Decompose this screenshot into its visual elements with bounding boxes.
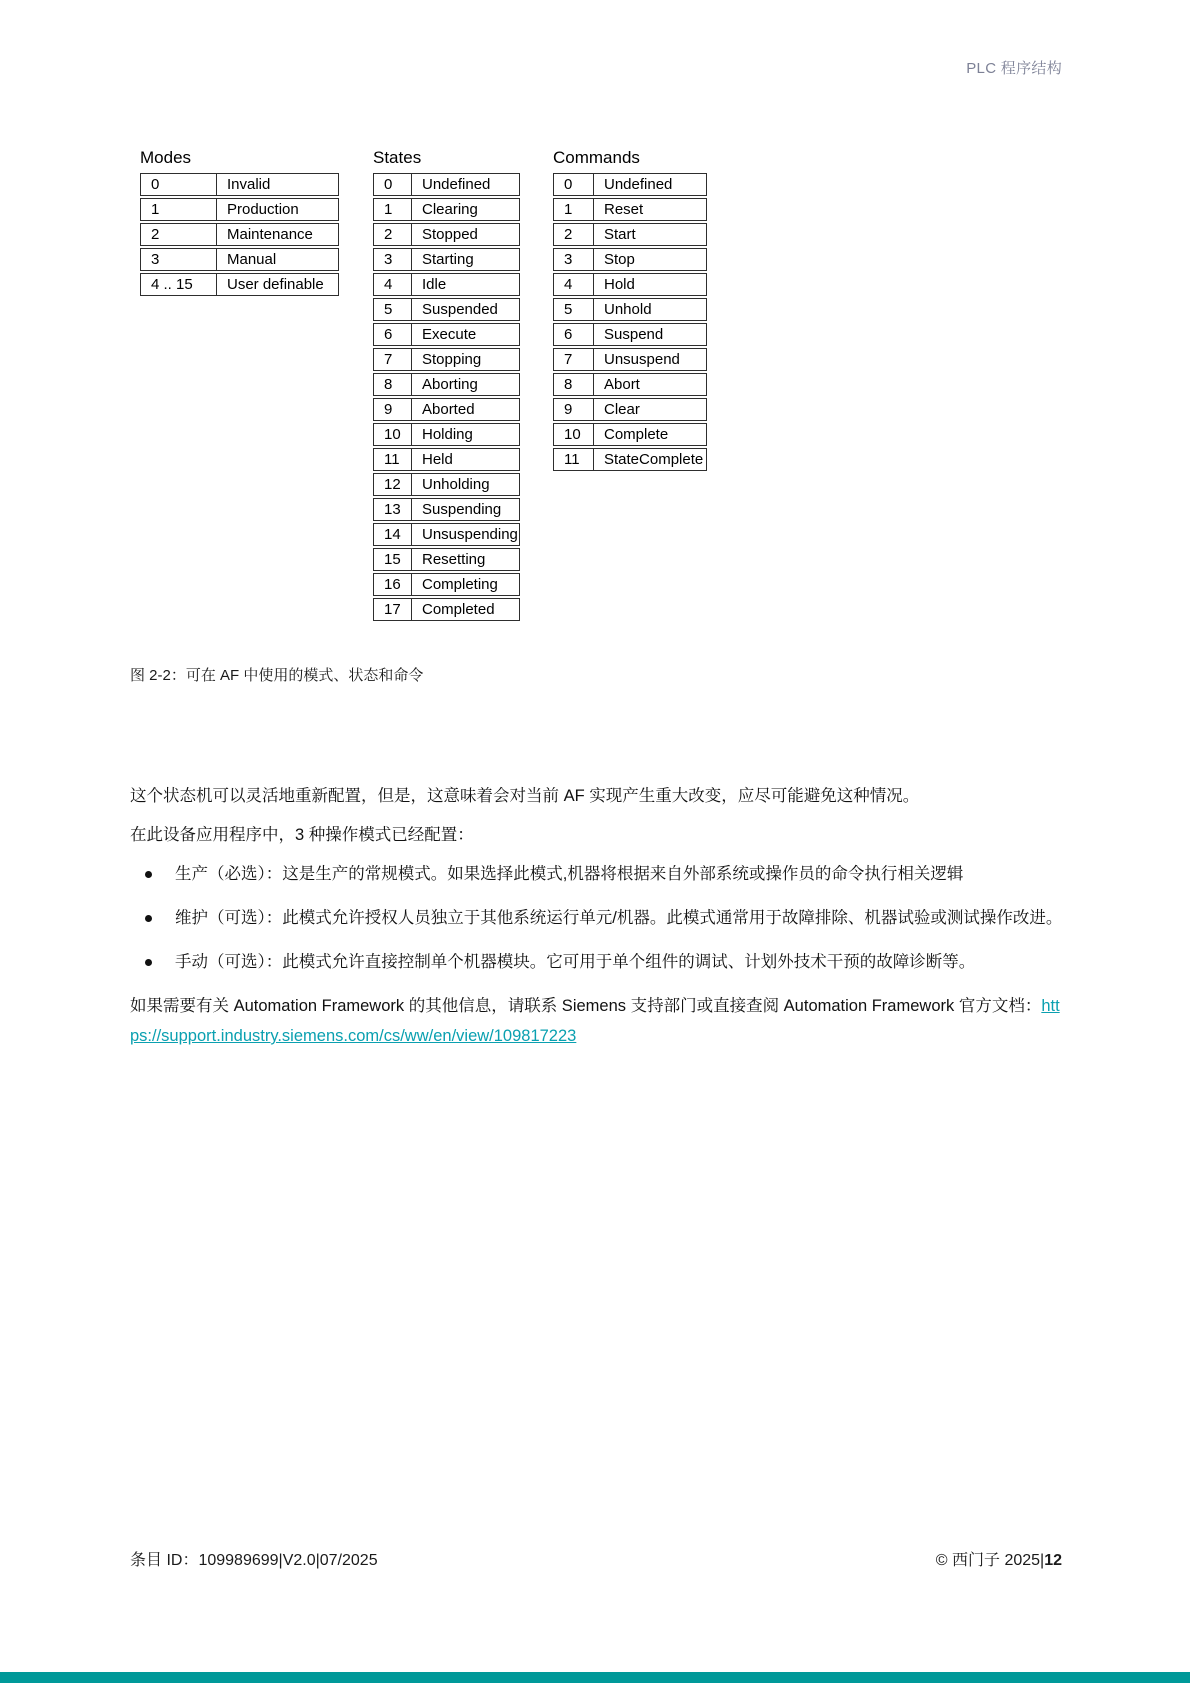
table-row: 2Maintenance (140, 223, 339, 246)
table-cell-label: Maintenance (217, 224, 338, 245)
table-cell-number: 10 (554, 424, 594, 445)
bullet-icon (145, 915, 152, 922)
table-cell-label: Manual (217, 249, 338, 270)
table-row: 2Stopped (373, 223, 520, 246)
table-cell-label: Clearing (412, 199, 519, 220)
list-item: 生产（必选）：这是生产的常规模式。如果选择此模式,机器将根据来自外部系统或操作员… (130, 859, 1065, 889)
table-cell-label: Clear (594, 399, 706, 420)
modes-table-group: Modes 0Invalid1Production2Maintenance3Ma… (140, 148, 339, 298)
table-row: 5Unhold (553, 298, 707, 321)
paragraph-modes-intro: 在此设备应用程序中，3 种操作模式已经配置： (130, 820, 1065, 850)
table-cell-number: 3 (554, 249, 594, 270)
table-cell-number: 3 (374, 249, 412, 270)
table-cell-number: 15 (374, 549, 412, 570)
table-cell-number: 1 (554, 199, 594, 220)
table-row: 0Undefined (553, 173, 707, 196)
commands-table: 0Undefined1Reset2Start3Stop4Hold5Unhold6… (553, 173, 707, 471)
table-row: 3Manual (140, 248, 339, 271)
table-row: 10Holding (373, 423, 520, 446)
table-cell-number: 7 (374, 349, 412, 370)
table-cell-number: 0 (141, 174, 217, 195)
table-cell-label: Production (217, 199, 338, 220)
table-row: 11Held (373, 448, 520, 471)
table-row: 4Idle (373, 273, 520, 296)
table-cell-label: Idle (412, 274, 519, 295)
modes-table: 0Invalid1Production2Maintenance3Manual4 … (140, 173, 339, 296)
table-cell-label: Holding (412, 424, 519, 445)
table-row: 15Resetting (373, 548, 520, 571)
table-cell-number: 12 (374, 474, 412, 495)
table-cell-number: 4 .. 15 (141, 274, 217, 295)
bullet-icon (145, 871, 152, 878)
table-cell-number: 0 (374, 174, 412, 195)
table-row: 14Unsuspending (373, 523, 520, 546)
table-row: 11StateComplete (553, 448, 707, 471)
table-cell-number: 10 (374, 424, 412, 445)
table-cell-label: Suspended (412, 299, 519, 320)
table-cell-label: User definable (217, 274, 338, 295)
table-cell-number: 6 (554, 324, 594, 345)
table-cell-label: Execute (412, 324, 519, 345)
table-cell-number: 16 (374, 574, 412, 595)
table-row: 3Stop (553, 248, 707, 271)
table-cell-label: Suspending (412, 499, 519, 520)
operation-modes-list: 生产（必选）：这是生产的常规模式。如果选择此模式,机器将根据来自外部系统或操作员… (130, 859, 1065, 977)
body-text: 这个状态机可以灵活地重新配置，但是，这意味着会对当前 AF 实现产生重大改变，应… (130, 781, 1065, 1060)
table-cell-number: 14 (374, 524, 412, 545)
states-table: 0Undefined1Clearing2Stopped3Starting4Idl… (373, 173, 520, 621)
table-row: 0Invalid (140, 173, 339, 196)
table-cell-label: StateComplete (594, 449, 706, 470)
table-cell-number: 11 (554, 449, 594, 470)
table-cell-number: 4 (554, 274, 594, 295)
table-cell-number: 2 (554, 224, 594, 245)
table-row: 4 .. 15User definable (140, 273, 339, 296)
table-cell-label: Unholding (412, 474, 519, 495)
table-cell-label: Hold (594, 274, 706, 295)
commands-table-title: Commands (553, 148, 707, 168)
table-row: 7Stopping (373, 348, 520, 371)
table-cell-number: 9 (554, 399, 594, 420)
table-row: 1Reset (553, 198, 707, 221)
table-cell-number: 11 (374, 449, 412, 470)
table-row: 5Suspended (373, 298, 520, 321)
table-cell-number: 4 (374, 274, 412, 295)
table-row: 6Execute (373, 323, 520, 346)
bottom-accent-bar (0, 1672, 1190, 1683)
table-cell-label: Aborted (412, 399, 519, 420)
table-row: 3Starting (373, 248, 520, 271)
table-cell-label: Stop (594, 249, 706, 270)
table-cell-number: 8 (554, 374, 594, 395)
table-cell-number: 13 (374, 499, 412, 520)
table-cell-label: Unhold (594, 299, 706, 320)
table-row: 13Suspending (373, 498, 520, 521)
table-row: 1Production (140, 198, 339, 221)
list-item: 维护（可选）：此模式允许授权人员独立于其他系统运行单元/机器。此模式通常用于故障… (130, 903, 1065, 933)
table-cell-number: 2 (141, 224, 217, 245)
table-row: 2Start (553, 223, 707, 246)
document-page: PLC 程序结构 Modes 0Invalid1Production2Maint… (0, 0, 1190, 1683)
states-table-title: States (373, 148, 520, 168)
table-cell-label: Invalid (217, 174, 338, 195)
table-row: 17Completed (373, 598, 520, 621)
table-cell-label: Undefined (412, 174, 519, 195)
footer-entry-id: 条目 ID：109989699|V2.0|07/2025 (130, 1547, 378, 1570)
table-row: 9Clear (553, 398, 707, 421)
paragraph-state-machine: 这个状态机可以灵活地重新配置，但是，这意味着会对当前 AF 实现产生重大改变，应… (130, 781, 1065, 811)
table-row: 12Unholding (373, 473, 520, 496)
table-cell-label: Starting (412, 249, 519, 270)
list-item-text: 维护（可选）：此模式允许授权人员独立于其他系统运行单元/机器。此模式通常用于故障… (175, 909, 1062, 927)
states-table-group: States 0Undefined1Clearing2Stopped3Start… (373, 148, 520, 623)
table-cell-label: Aborting (412, 374, 519, 395)
table-cell-label: Completing (412, 574, 519, 595)
table-cell-number: 9 (374, 399, 412, 420)
table-cell-label: Reset (594, 199, 706, 220)
table-cell-number: 2 (374, 224, 412, 245)
table-cell-label: Held (412, 449, 519, 470)
table-cell-label: Unsuspending (412, 524, 519, 545)
table-row: 4Hold (553, 273, 707, 296)
table-row: 7Unsuspend (553, 348, 707, 371)
table-cell-label: Complete (594, 424, 706, 445)
list-item: 手动（可选）：此模式允许直接控制单个机器模块。它可用于单个组件的调试、计划外技术… (130, 947, 1065, 977)
table-cell-label: Resetting (412, 549, 519, 570)
table-row: 0Undefined (373, 173, 520, 196)
more-info-text: 如果需要有关 Automation Framework 的其他信息，请联系 Si… (130, 997, 1041, 1015)
table-row: 10Complete (553, 423, 707, 446)
footer-copyright: © 西门子 2025|12 (936, 1547, 1062, 1570)
table-row: 1Clearing (373, 198, 520, 221)
table-cell-label: Abort (594, 374, 706, 395)
table-cell-number: 5 (374, 299, 412, 320)
bullet-icon (145, 959, 152, 966)
table-cell-number: 5 (554, 299, 594, 320)
table-row: 9Aborted (373, 398, 520, 421)
table-cell-label: Start (594, 224, 706, 245)
table-cell-number: 7 (554, 349, 594, 370)
table-row: 6Suspend (553, 323, 707, 346)
paragraph-more-info: 如果需要有关 Automation Framework 的其他信息，请联系 Si… (130, 991, 1065, 1051)
modes-table-title: Modes (140, 148, 339, 168)
commands-table-group: Commands 0Undefined1Reset2Start3Stop4Hol… (553, 148, 707, 473)
table-cell-number: 1 (374, 199, 412, 220)
page-header-section-title: PLC 程序结构 (966, 57, 1062, 78)
table-cell-label: Stopping (412, 349, 519, 370)
table-cell-number: 8 (374, 374, 412, 395)
table-cell-number: 1 (141, 199, 217, 220)
table-cell-label: Unsuspend (594, 349, 706, 370)
table-cell-number: 3 (141, 249, 217, 270)
list-item-text: 生产（必选）：这是生产的常规模式。如果选择此模式,机器将根据来自外部系统或操作员… (175, 865, 963, 883)
table-cell-number: 0 (554, 174, 594, 195)
table-row: 8Abort (553, 373, 707, 396)
table-cell-number: 6 (374, 324, 412, 345)
table-cell-number: 17 (374, 599, 412, 620)
figure-caption: 图 2-2：可在 AF 中使用的模式、状态和命令 (130, 664, 423, 685)
footer-page-number: 12 (1044, 1552, 1062, 1569)
table-cell-label: Suspend (594, 324, 706, 345)
table-cell-label: Undefined (594, 174, 706, 195)
table-row: 8Aborting (373, 373, 520, 396)
table-cell-label: Stopped (412, 224, 519, 245)
list-item-text: 手动（可选）：此模式允许直接控制单个机器模块。它可用于单个组件的调试、计划外技术… (175, 953, 975, 971)
table-cell-label: Completed (412, 599, 519, 620)
footer-copyright-text: © 西门子 2025| (936, 1552, 1044, 1569)
table-row: 16Completing (373, 573, 520, 596)
